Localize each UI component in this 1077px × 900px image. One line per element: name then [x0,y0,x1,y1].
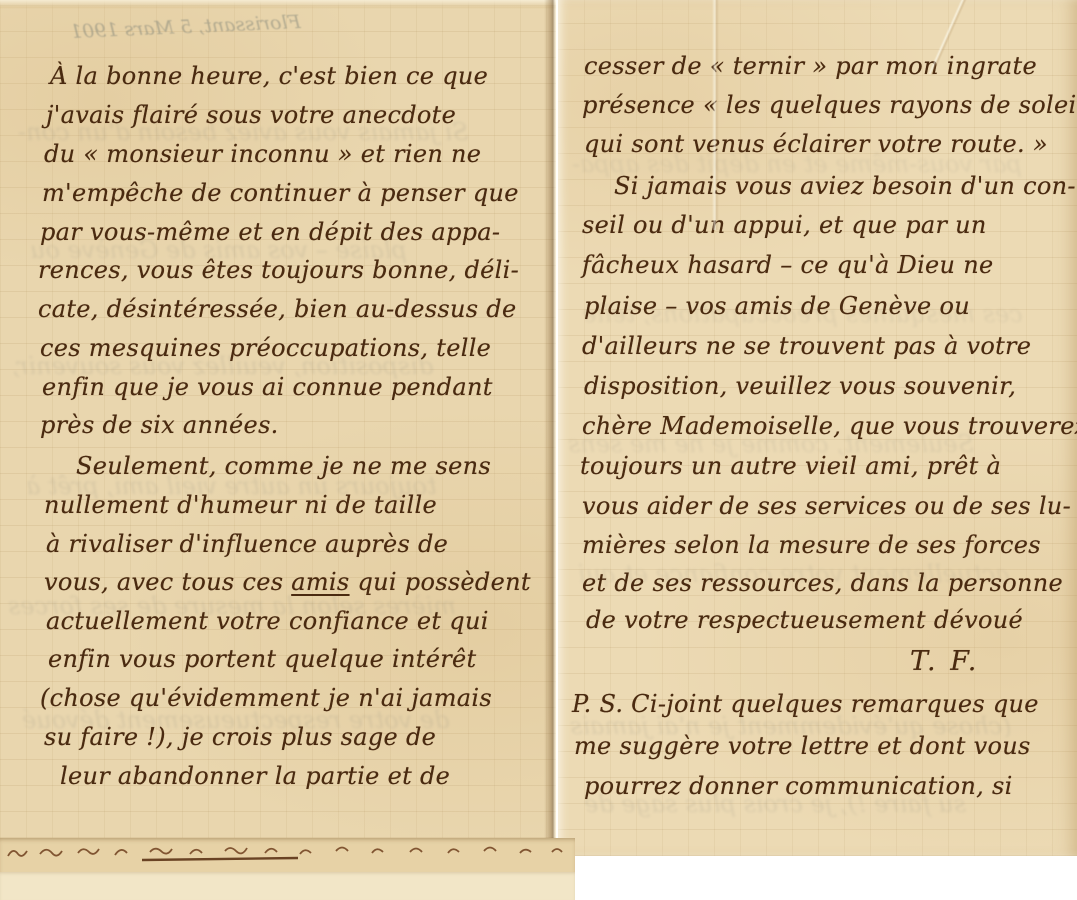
center-fold-shadow [544,0,560,856]
handwriting-line: fâcheux hasard – ce qu'à Dieu ne [582,251,994,279]
handwriting-line-with-underline: vous, avec tous ces amis qui possèdent [44,568,531,596]
handwriting-line: de votre respectueusement dévoué [586,606,1023,634]
handwriting-line: enfin que je vous ai connue pendant [42,373,493,401]
clipped-line-strokes [0,838,575,872]
handwriting-line: ces mesquines préoccupations, telle [40,334,491,362]
handwriting-line: disposition, veuillez vous souvenir, [584,372,1016,400]
handwriting-line: à rivaliser d'influence auprès de [46,530,448,558]
handwriting-line: et de ses ressources, dans la personne [582,569,1063,597]
handwriting-line: toujours un autre vieil ami, prêt à [580,452,1001,480]
handwriting-line: cesser de « ternir » par mon ingrate [584,52,1037,80]
page-left: Florissant, 5 Mars 1901 Si jamais vous a… [0,0,556,838]
scan-background-corner [575,856,1077,900]
under-sheet-edge [0,872,575,900]
handwriting-line: seil ou d'un appui, et que par un [582,211,987,239]
handwriting-line: plaise – vos amis de Genève ou [584,292,970,320]
signature: T. F. [910,646,979,677]
handwriting-line: À la bonne heure, c'est bien ce que [50,62,488,90]
handwriting-line: vous aider de ses services ou de ses lu- [582,492,1071,520]
postscript-line: P. S. Ci-joint quelques remarques que [572,690,1039,718]
handwriting-line: Seulement, comme je ne me sens [76,452,491,480]
handwriting-line: d'ailleurs ne se trouvent pas à votre [582,332,1031,360]
handwriting-line: chère Mademoiselle, que vous trouverez [582,412,1077,440]
handwriting-line: cate, désintéressée, bien au-dessus de [38,295,516,323]
handwriting-line: Si jamais vous aviez besoin d'un con- [614,172,1076,200]
letter-scan: Florissant, 5 Mars 1901 Si jamais vous a… [0,0,1077,900]
handwriting-line: présence « les quelques rayons de soleil [582,91,1077,119]
line-segment: vous, avec tous ces [44,568,291,596]
postscript-line: pourrez donner communication, si [584,772,1013,800]
handwriting-line: rences, vous êtes toujours bonne, déli- [38,256,519,284]
handwriting-line: par vous-même et en dépit des appa- [40,218,500,246]
postscript-line: me suggère votre lettre et dont vous [574,732,1031,760]
handwriting-line: actuellement votre confiance et qui [46,607,489,635]
handwriting-line: qui sont venus éclairer votre route. » [584,130,1048,158]
handwriting-line: près de six années. [40,411,279,439]
handwriting-line: du « monsieur inconnu » et rien ne [44,140,481,168]
handwriting-line: mières selon la mesure de ses forces [582,531,1041,559]
handwriting-line: j'avais flairé sous votre anecdote [46,101,456,129]
handwriting-line: nullement d'humeur ni de taille [44,491,437,519]
bleedthrough-date-header: Florissant, 5 Mars 1901 [70,11,302,43]
top-fold-crease [0,0,556,9]
handwriting-line: leur abandonner la partie et de [60,762,450,790]
underlined-word: amis [291,568,349,596]
handwriting-line: enfin vous portent quelque intérêt [48,645,476,673]
handwriting-line: su faire !), je crois plus sage de [44,723,436,751]
page-right: par vous-même et en dépit des appa- ces … [558,0,1077,856]
vertical-crease [712,0,719,230]
handwriting-line: (chose qu'évidemment je n'ai jamais [40,684,492,712]
line-segment: qui possèdent [350,568,531,596]
handwriting-line: m'empêche de continuer à penser que [42,179,519,207]
